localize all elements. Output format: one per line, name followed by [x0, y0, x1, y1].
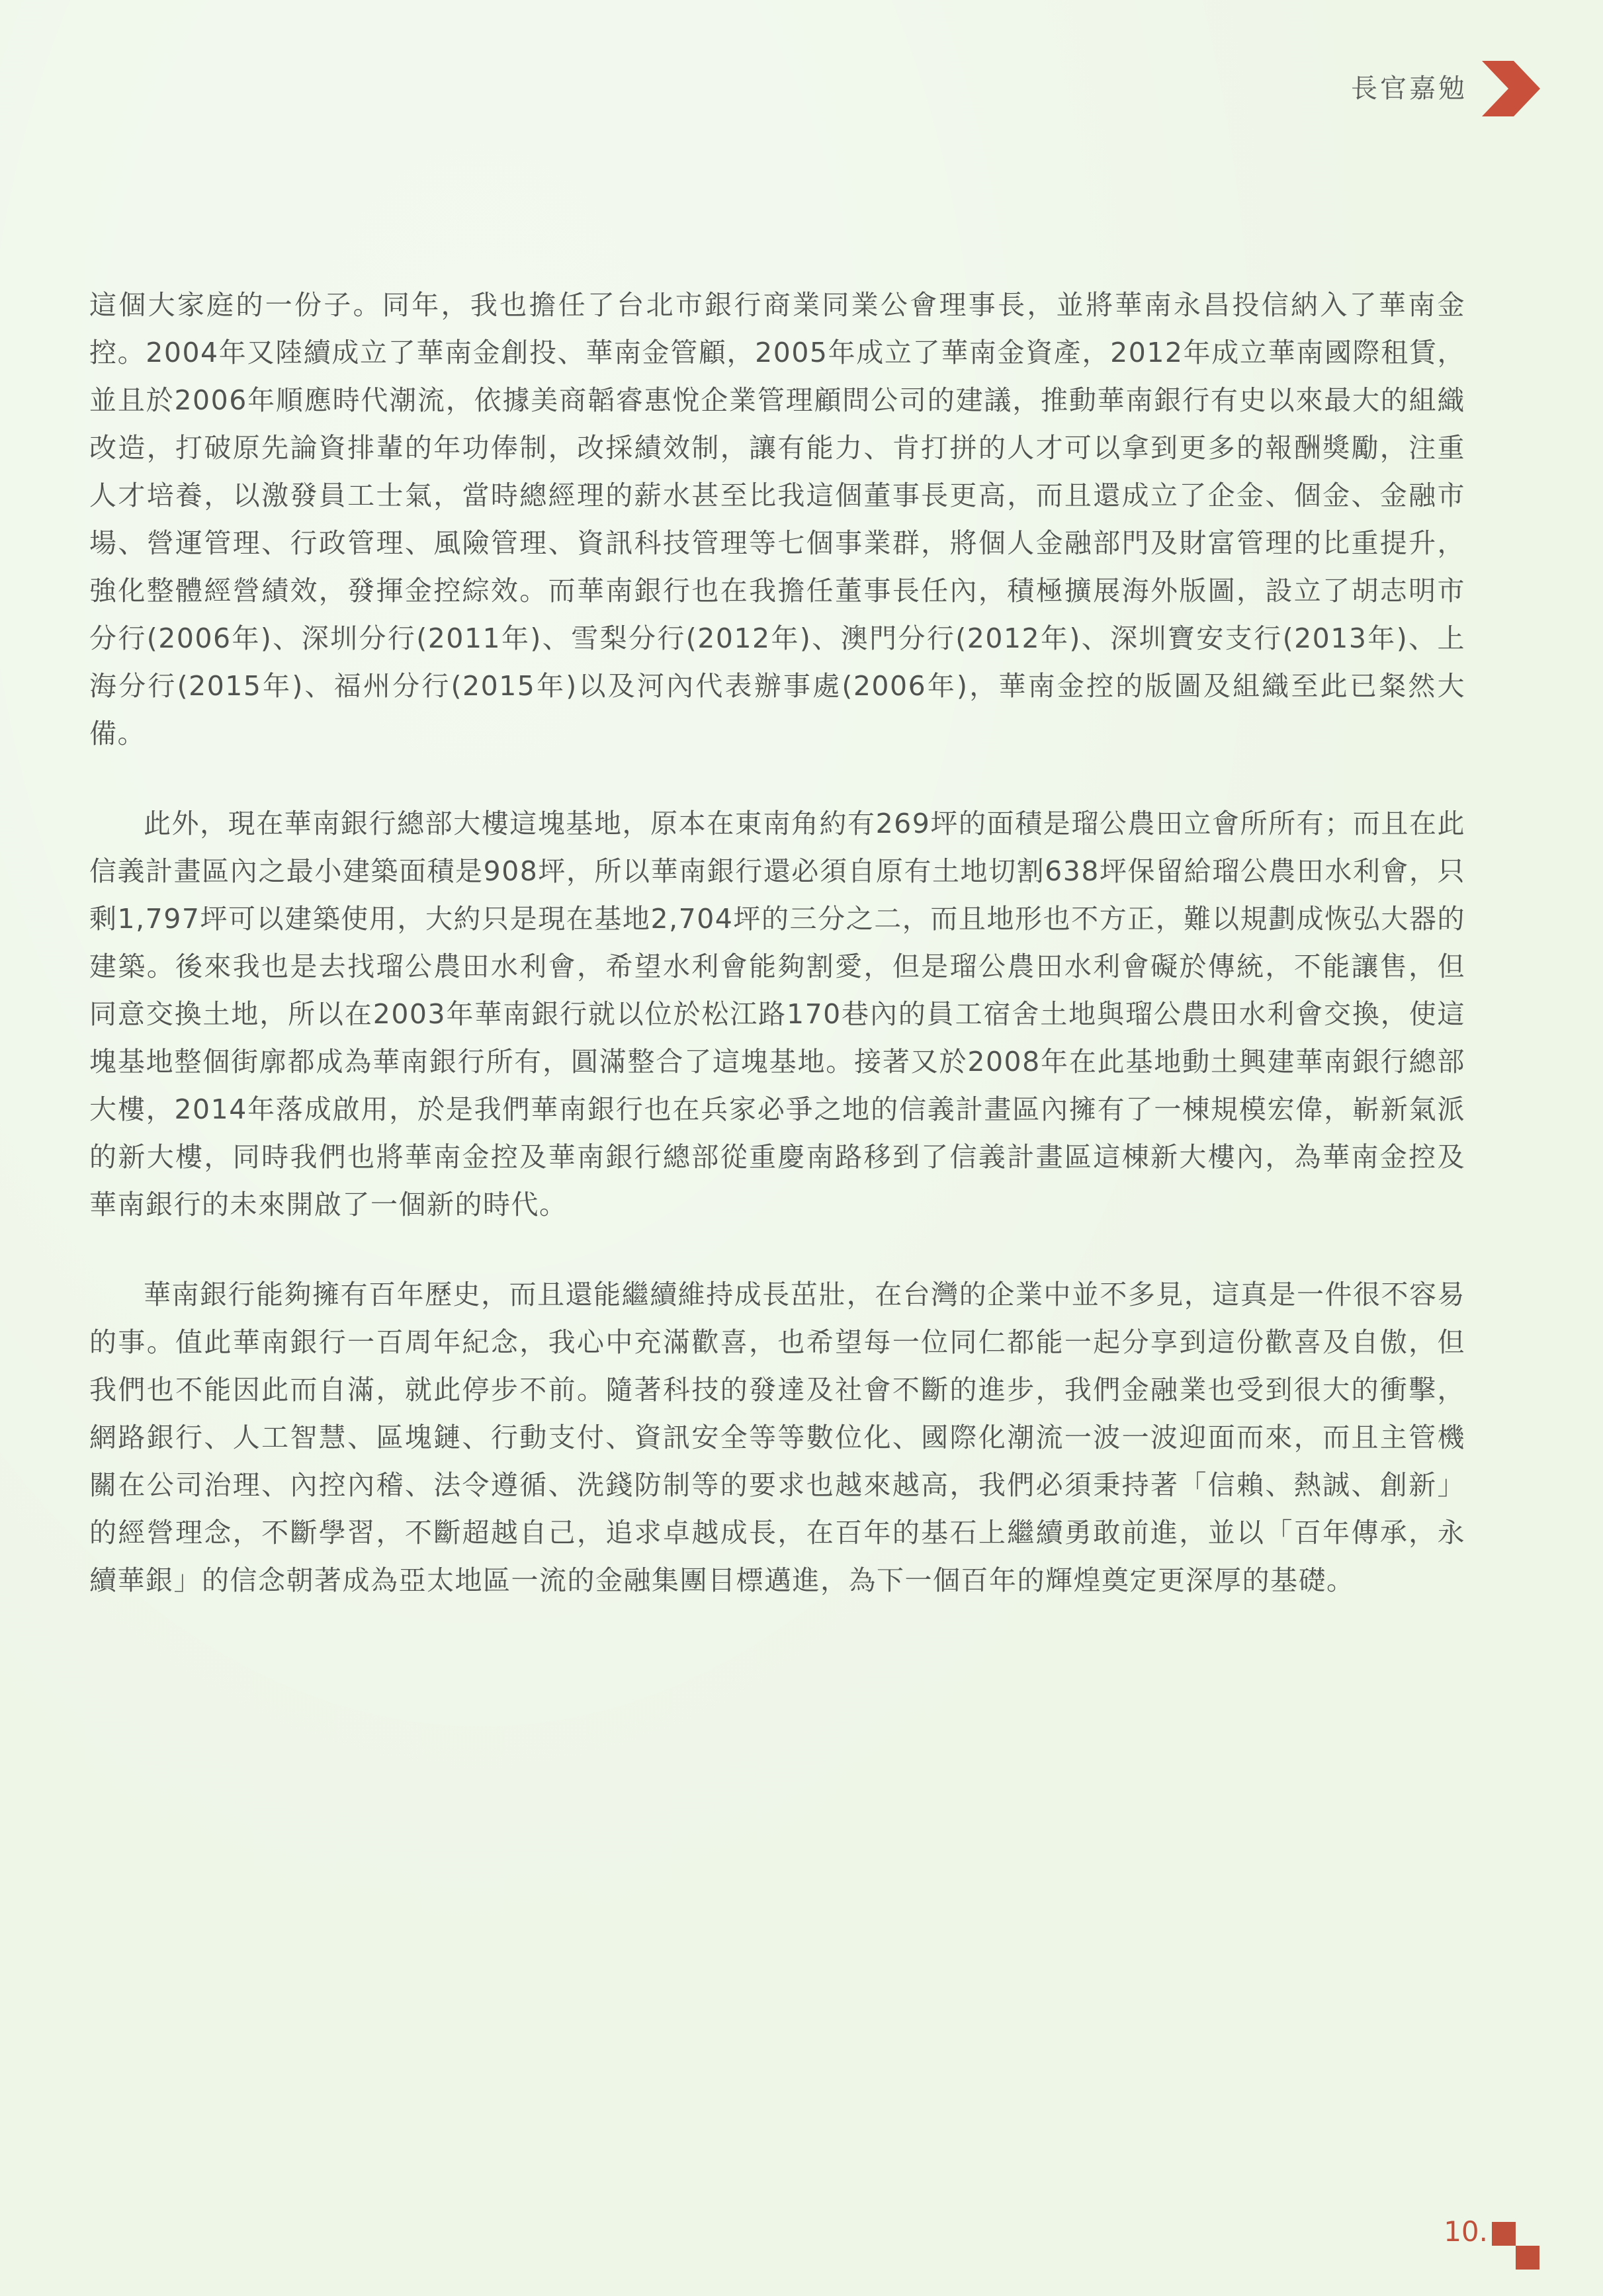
article-body: 這個大家庭的一份子。同年，我也擔任了台北市銀行商業同業公會理事長，並將華南永昌投… — [89, 281, 1465, 1604]
square-bottom — [1516, 2246, 1539, 2270]
square-top — [1492, 2222, 1516, 2246]
chevron-right-icon — [1482, 61, 1540, 116]
page-footer: 10. — [1444, 2218, 1539, 2270]
section-title: 長官嘉勉 — [1351, 75, 1467, 102]
paragraph-1: 這個大家庭的一份子。同年，我也擔任了台北市銀行商業同業公會理事長，並將華南永昌投… — [89, 281, 1465, 757]
double-square-icon — [1492, 2222, 1539, 2270]
paragraph-2: 此外，現在華南銀行總部大樓這塊基地，原本在東南角約有269坪的面積是瑠公農田立會… — [89, 800, 1465, 1228]
document-page: 長官嘉勉 這個大家庭的一份子。同年，我也擔任了台北市銀行商業同業公會理事長，並將… — [0, 0, 1603, 2296]
page-number: 10. — [1444, 2218, 1488, 2246]
section-header: 長官嘉勉 — [1351, 61, 1540, 116]
paragraph-3: 華南銀行能夠擁有百年歷史，而且還能繼續維持成長茁壯，在台灣的企業中並不多見，這真… — [89, 1271, 1465, 1604]
